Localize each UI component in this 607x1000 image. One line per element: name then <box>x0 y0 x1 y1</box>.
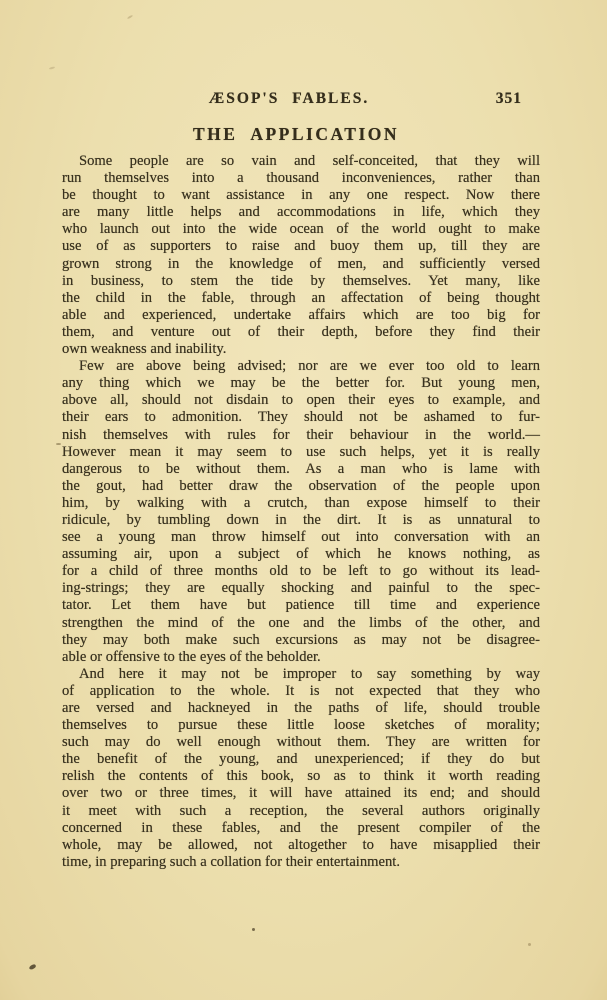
page-number: 351 <box>496 90 522 107</box>
text-line: see a young man throw himself out into c… <box>62 529 540 546</box>
paper-speck <box>56 443 61 445</box>
text-line: for a child of three months old to be le… <box>62 563 540 580</box>
text-line: nish themselves with rules for their beh… <box>62 427 540 444</box>
text-line: of application to the whole. It is not e… <box>62 683 540 700</box>
text-line: able and experienced, undertake affairs … <box>62 307 540 324</box>
text-line: above all, should not disdain to open th… <box>62 392 540 409</box>
section-title: THE APPLICATION <box>62 122 530 146</box>
text-line: who launch out into the wide ocean of th… <box>62 221 540 238</box>
text-line: the gout, had better draw the observatio… <box>62 478 540 495</box>
paper-speck <box>49 66 55 69</box>
text-line: the benefit of the young, and unexperien… <box>62 751 540 768</box>
text-line: grown strong in the knowledge of men, an… <box>62 256 540 273</box>
text-line: him, by walking with a crutch, than expo… <box>62 495 540 512</box>
running-header: ÆSOP'S FABLES. 351 <box>62 90 540 108</box>
text-line: However mean it may seem to use such hel… <box>62 444 540 461</box>
text-line: are many little helps and accommodations… <box>62 204 540 221</box>
text-line: be thought to want assistance in any one… <box>62 187 540 204</box>
text-line: in business, to stem the tide by themsel… <box>62 273 540 290</box>
text-line: strengthen the mind of the one and the l… <box>62 615 540 632</box>
text-line: whole, may be allowed, not altogether to… <box>62 837 540 854</box>
text-line: Some people are so vain and self-conceit… <box>62 153 540 170</box>
text-line: run themselves into a thousand inconveni… <box>62 170 540 187</box>
text-line: them, and venture out of their depth, be… <box>62 324 540 341</box>
paper-speck <box>127 15 133 20</box>
text-line: Few are above being advised; nor are we … <box>62 358 540 375</box>
text-line: dangerous to be without them. As a man w… <box>62 461 540 478</box>
text-line: ridicule, by tumbling down in the dirt. … <box>62 512 540 529</box>
paragraph: Some people are so vain and self-conceit… <box>62 153 540 358</box>
text-line: ing-strings; they are equally shocking a… <box>62 580 540 597</box>
paper-speck <box>252 928 255 931</box>
text-line: own weakness and inability. <box>62 341 540 358</box>
running-title: ÆSOP'S FABLES. <box>62 90 516 107</box>
text-block: ÆSOP'S FABLES. 351 THE APPLICATION Some … <box>62 90 540 871</box>
body-text: Some people are so vain and self-conceit… <box>62 153 540 871</box>
text-line: are versed and hackneyed in the paths of… <box>62 700 540 717</box>
paper-speck <box>528 943 531 946</box>
text-line: time, in preparing such a collation for … <box>62 854 540 871</box>
text-line: able or offensive to the eyes of the beh… <box>62 649 540 666</box>
text-line: it meet with such a reception, the sever… <box>62 803 540 820</box>
text-line: tator. Let them have but patience till t… <box>62 597 540 614</box>
text-line: And here it may not be improper to say s… <box>62 666 540 683</box>
book-page: ÆSOP'S FABLES. 351 THE APPLICATION Some … <box>0 0 607 1000</box>
text-line: they may both make such excursions as ma… <box>62 632 540 649</box>
text-line: over two or three times, it will have at… <box>62 785 540 802</box>
text-line: themselves to pursue these little loose … <box>62 717 540 734</box>
text-line: assuming air, upon a subject of which he… <box>62 546 540 563</box>
text-line: relish the contents of this book, so as … <box>62 768 540 785</box>
paper-speck <box>28 964 36 971</box>
text-line: such may do well enough without them. Th… <box>62 734 540 751</box>
text-line: any thing which we may be the better for… <box>62 375 540 392</box>
text-line: concerned in these fables, and the prese… <box>62 820 540 837</box>
text-line: the child in the fable, through an affec… <box>62 290 540 307</box>
text-line: their ears to admonition. They should no… <box>62 409 540 426</box>
text-line: use of as supporters to raise and buoy t… <box>62 238 540 255</box>
paragraph: Few are above being advised; nor are we … <box>62 358 540 666</box>
paragraph: And here it may not be improper to say s… <box>62 666 540 871</box>
